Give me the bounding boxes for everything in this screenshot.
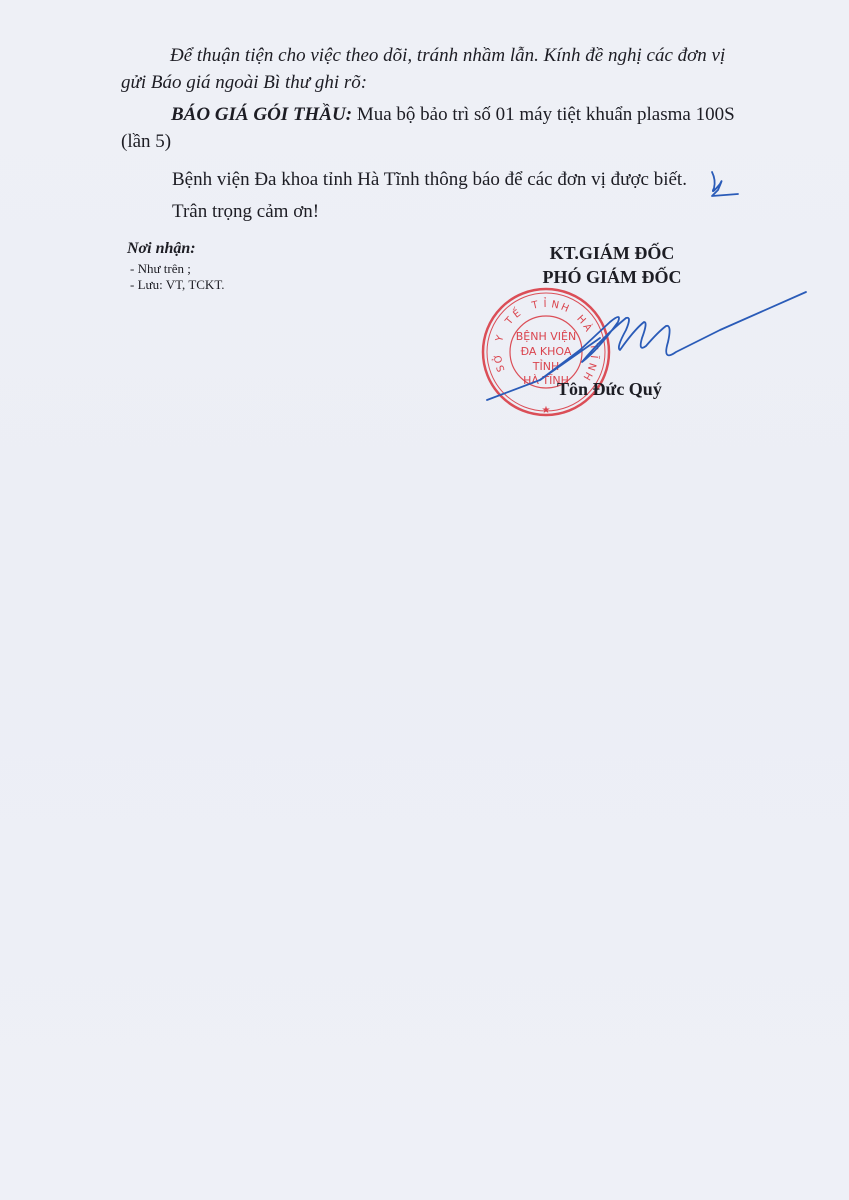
signature-scribble bbox=[0, 0, 849, 1200]
signer-name: Tôn Đức Quý bbox=[557, 379, 662, 400]
document-page: Để thuận tiện cho việc theo dõi, tránh n… bbox=[0, 0, 849, 1200]
